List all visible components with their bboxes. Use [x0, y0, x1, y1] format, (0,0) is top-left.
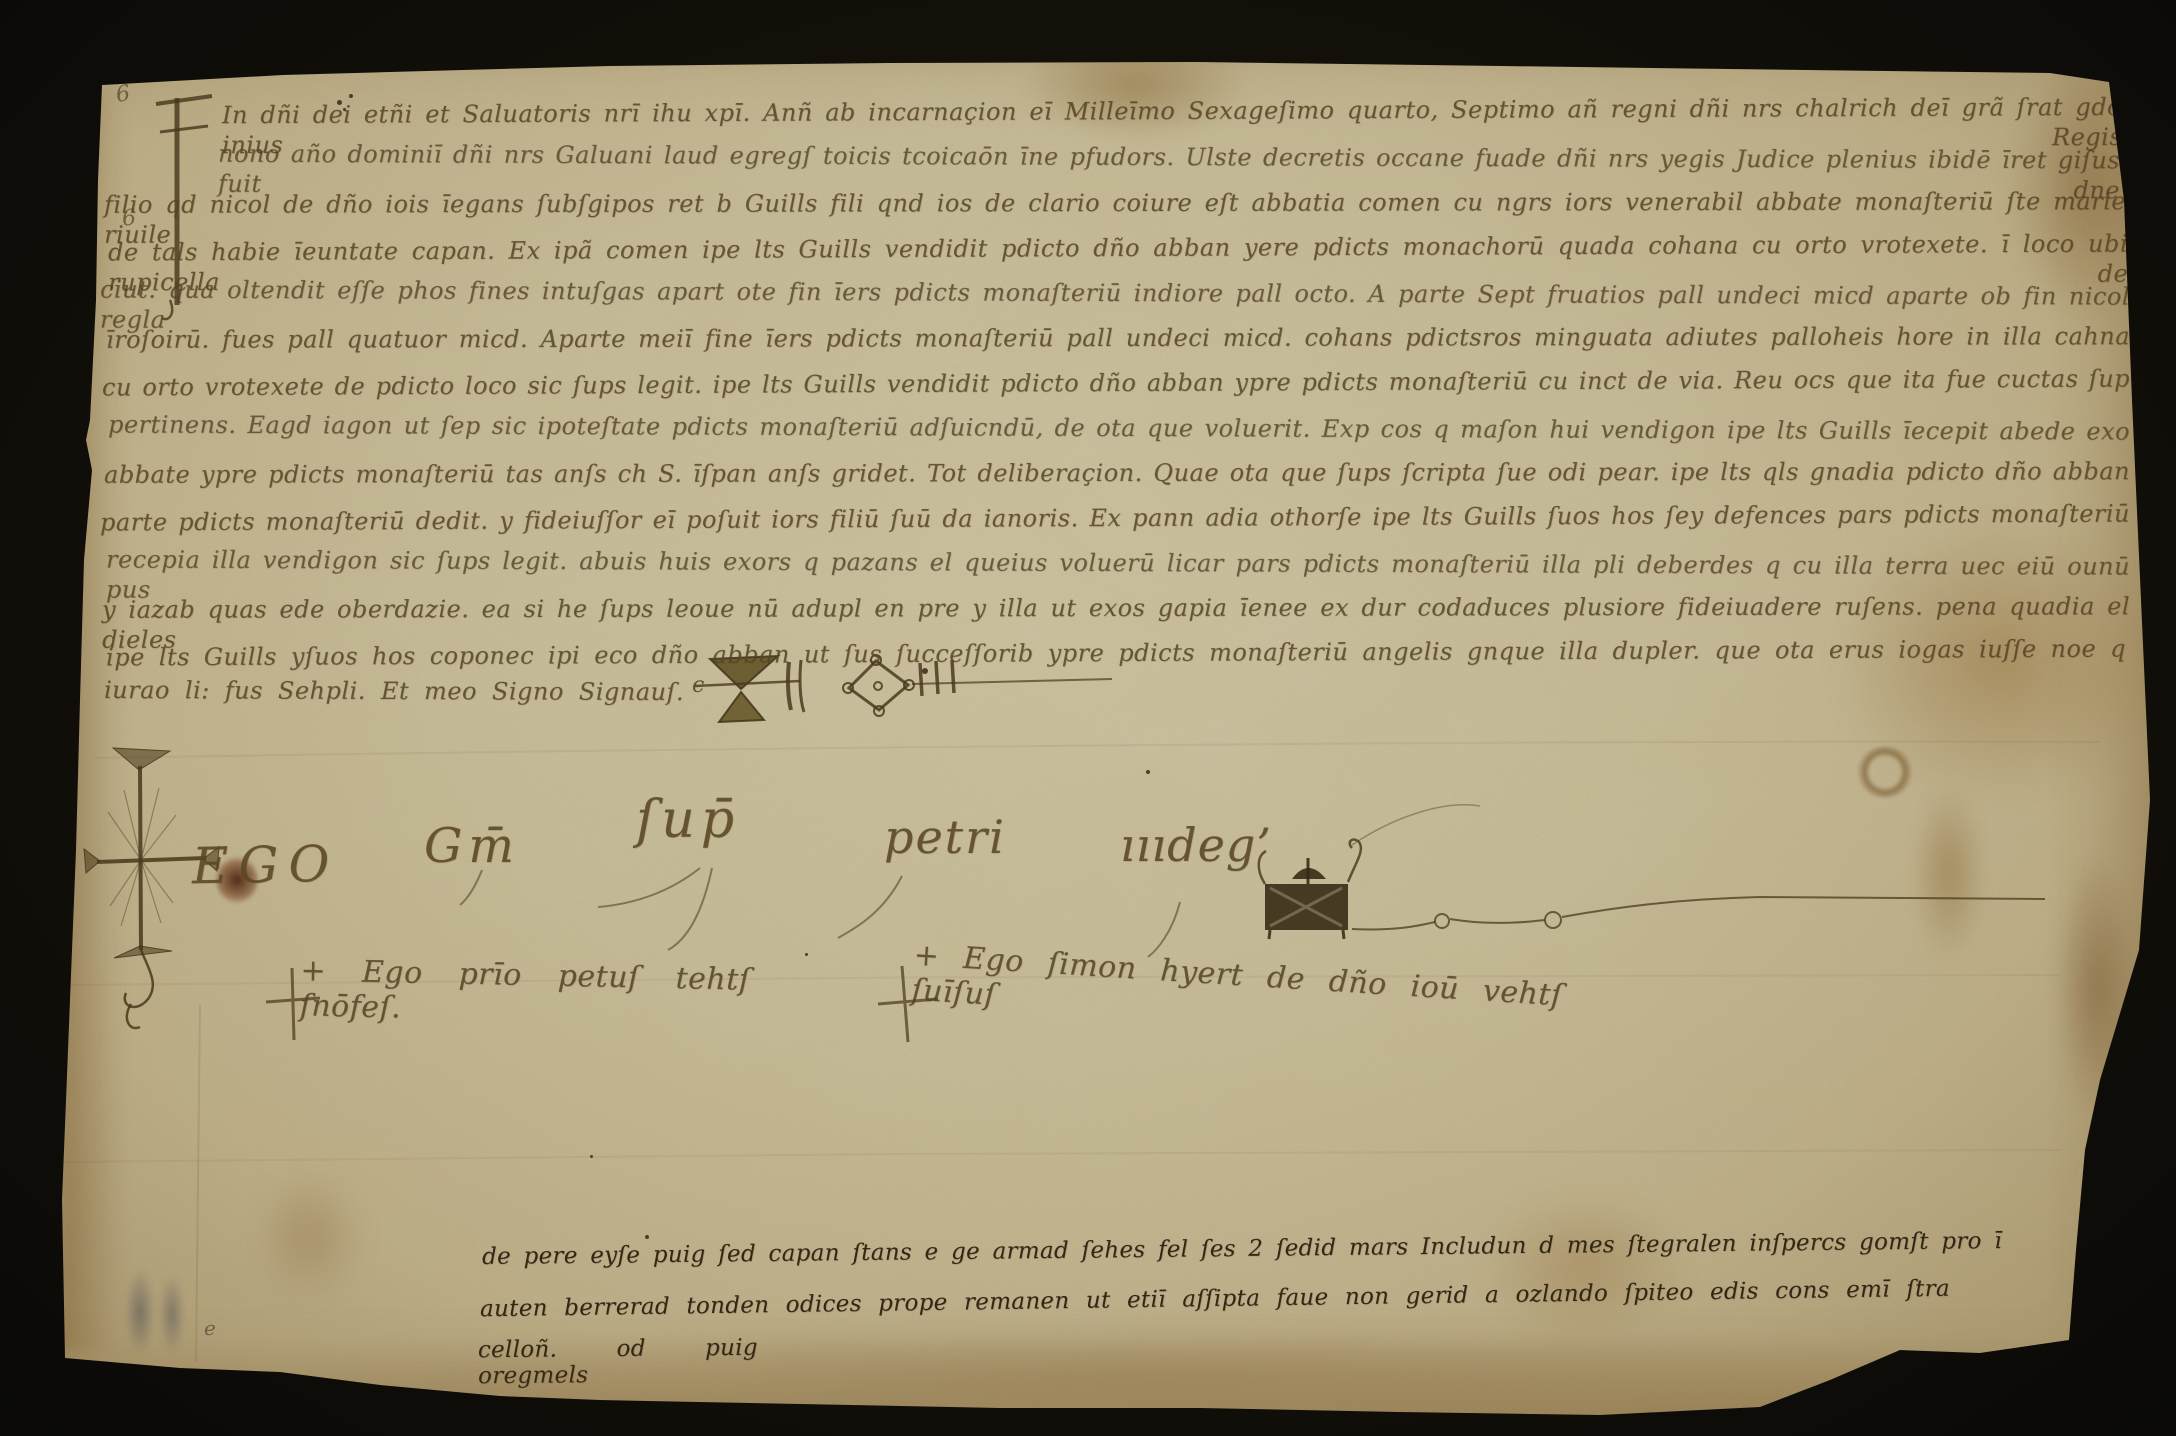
signature-petri: petri [884, 810, 1006, 864]
signature-rule [1352, 897, 2045, 929]
manuscript-line-signature: iurao li: fus Sehpli. Et meo Signo Signa… [104, 675, 684, 711]
notarial-sign-basket [1259, 805, 1480, 939]
manuscript-line: filio qd nicol de dño iois īegans ſubſgi… [104, 186, 2126, 224]
margin-mark: 6 [121, 205, 138, 231]
signature-flourish-tails [460, 868, 1180, 957]
signature-wideg: ıııdeg’ [1120, 818, 1272, 872]
manuscript-line: nono año dominiī dñi nrs Galuani laud eg… [218, 139, 2120, 180]
manuscript-line: abbate ypre pdicts monaſteriū tas anſs c… [104, 456, 2130, 494]
parchment: c [0, 0, 2176, 1436]
notary-docket-line: celloñ. od puig oregmels [478, 1335, 758, 1389]
crease [65, 742, 2100, 1362]
signature-ego: EGO [192, 835, 340, 896]
notarial-sign-rule [912, 679, 1112, 684]
manuscript-line: ciut. qua oltendit eſſe phos fines intuſ… [100, 274, 2130, 315]
photo-background: c [0, 0, 2176, 1436]
manuscript-line: īroſoirū. fues pall quatuor micd. Aparte… [106, 321, 2130, 359]
sign-line-c-mark: c [692, 673, 704, 698]
manuscript-line: y iazab quas ede oberdazie. ea si he ſup… [102, 591, 2130, 629]
signature-gm: Gm̄ [424, 818, 520, 874]
manuscript-line: In dñi dei etñi et Saluatoris nrī ihu xp… [222, 92, 2122, 134]
manuscript-line: pertinens. Eagd iagon ut ſep sic ipoteſt… [108, 409, 2130, 450]
witness-subscription: + Ego prīo petuſ tehtſ ſnōfeſ. [299, 953, 750, 1032]
margin-mark: e [204, 1316, 216, 1340]
manuscript-line: recepia illa vendigon sic ſups legit. ab… [106, 544, 2130, 585]
signature-sup: ſup̄ [636, 790, 740, 850]
